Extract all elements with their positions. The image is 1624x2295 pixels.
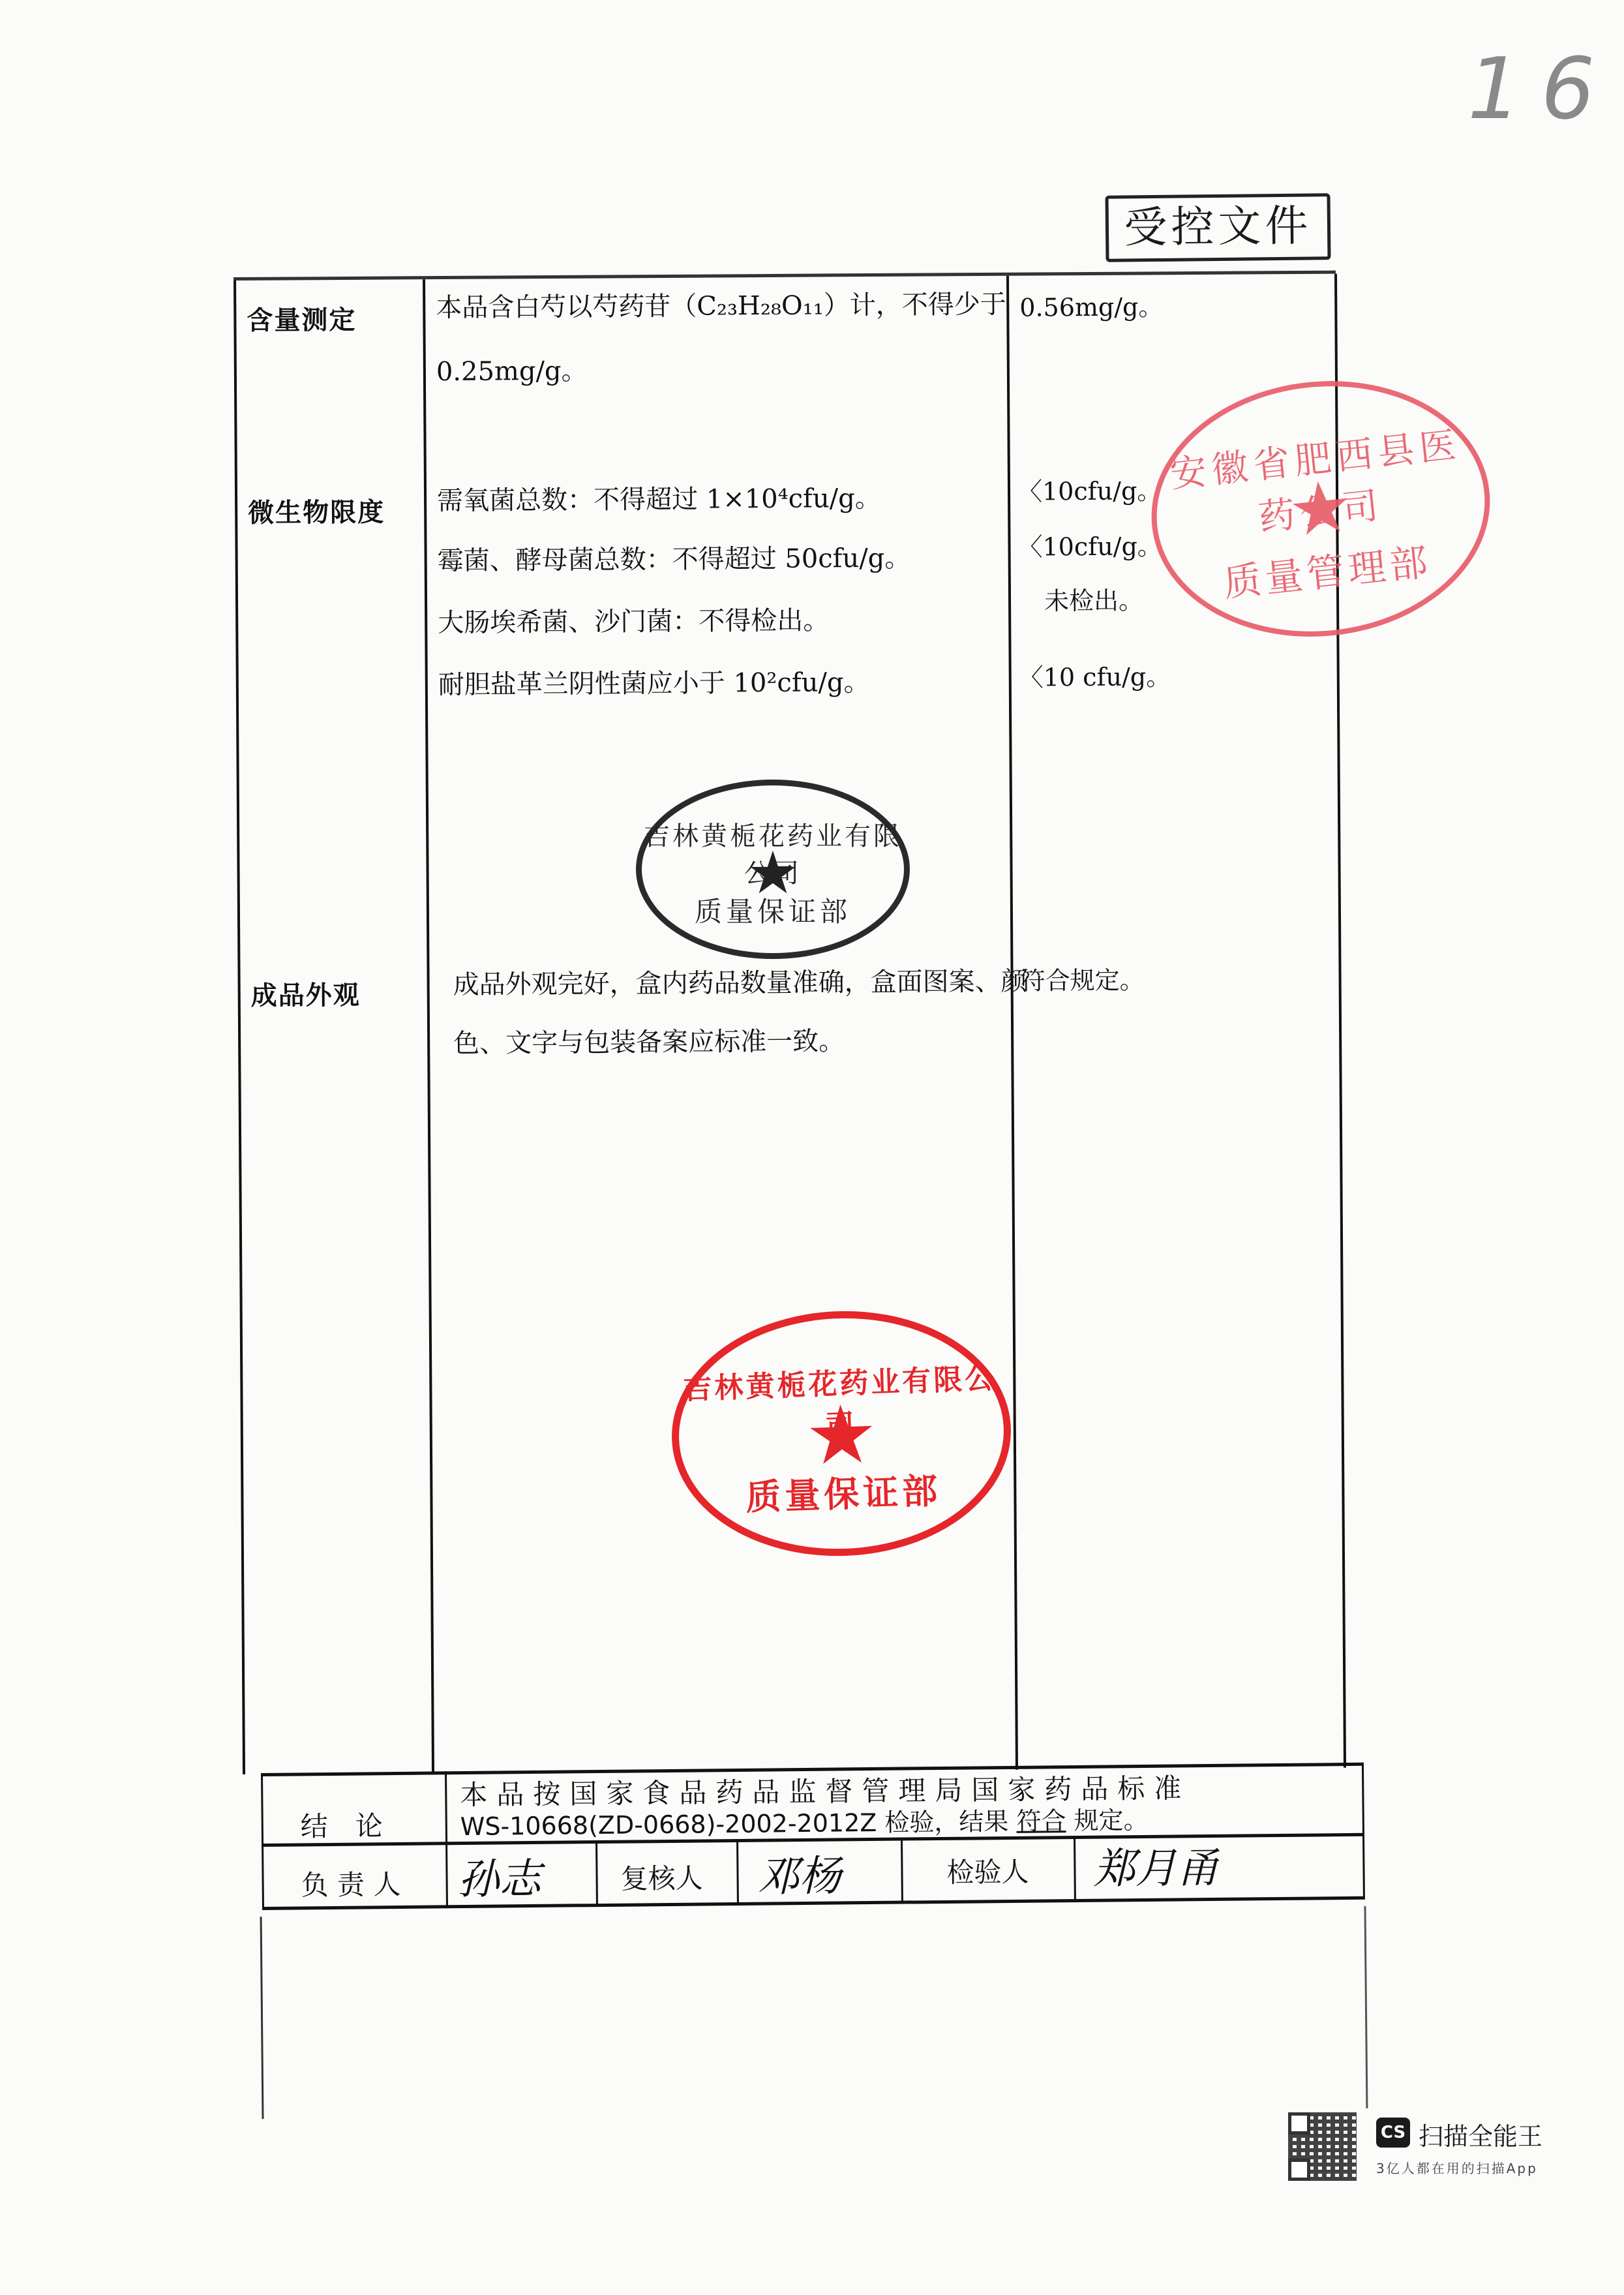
column-divider [1074, 1836, 1076, 1901]
seal-department: 质量保证部 [680, 1461, 1006, 1522]
standard-reference: WS-10668(ZD-0668)-2002-2012Z 检验，结果 [460, 1807, 1017, 1841]
microbial-result-aerobic: 〈10cfu/g。 [1017, 470, 1162, 507]
assay-result: 0.56mg/g。 [1019, 286, 1163, 323]
responsible-person-signature: 孙志 [457, 1846, 541, 1906]
table-border-right [1362, 1763, 1365, 1900]
microbial-requirement-ecoli-salmonella: 大肠埃希菌、沙门菌：不得检出。 [438, 606, 829, 637]
row-label-microbial-limit: 微生物限度 [248, 492, 385, 530]
blank-lower-area [260, 1906, 1368, 2119]
row-label-appearance: 成品外观 [251, 975, 361, 1012]
inspector-label: 检验人 [946, 1851, 1029, 1891]
controlled-document-stamp: 受控文件 [1105, 193, 1331, 262]
column-divider-result [1006, 276, 1018, 1770]
assay-requirement-line-1: 本品含白芍以芍药苷（C₂₃H₂₈O₁₁）计，不得少于 [436, 290, 1006, 322]
assay-requirement-line-2: 0.25mg/g。 [436, 357, 588, 386]
microbial-requirement-mold-yeast: 霉菌、酵母菌总数：不得超过 50cfu/g。 [438, 544, 911, 575]
qr-code-icon [1288, 2112, 1357, 2181]
appearance-requirement-line-2: 色、文字与包装备案应标准一致。 [453, 1027, 845, 1058]
microbial-result-ecoli-salmonella: 未检出。 [1044, 580, 1143, 616]
column-divider [445, 1771, 448, 1908]
appearance-requirement-line-1: 成品外观完好，盒内药品数量准确，盒面图案、颜 [453, 967, 1027, 999]
conclusion-suffix: 规定。 [1066, 1806, 1149, 1835]
table-border-left [261, 1773, 264, 1910]
scanner-tagline: 3亿人都在用的扫描App [1376, 2158, 1538, 2177]
column-divider-label [423, 279, 434, 1773]
appearance-result: 符合规定。 [1020, 960, 1144, 996]
column-divider [595, 1840, 598, 1906]
camscanner-logo-icon: CS [1376, 2118, 1410, 2148]
conclusion-label: 结 论 [300, 1804, 383, 1844]
conclusion-result: 符合 [1016, 1806, 1066, 1836]
seal-department: 质量保证部 [642, 890, 904, 930]
column-divider [736, 1839, 739, 1904]
microbial-requirement-gram-negative: 耐胆盐革兰阴性菌应小于 10²cfu/g。 [438, 668, 870, 699]
inspector-signature: 郑月甬 [1093, 1834, 1219, 1896]
microbial-requirement-aerobic: 需氧菌总数：不得超过 1×10⁴cfu/g。 [437, 484, 881, 515]
table-border-left [233, 281, 245, 1774]
column-divider [901, 1838, 903, 1903]
handwritten-page-number: 16 [1467, 39, 1614, 138]
reviewer-label: 复核人 [620, 1857, 703, 1897]
reviewer-signature: 邓杨 [757, 1842, 841, 1903]
scanner-app-name: 扫描全能王 [1419, 2116, 1542, 2152]
conclusion-line-2: WS-10668(ZD-0668)-2002-2012Z 检验，结果 符合 规定… [460, 1800, 1149, 1842]
microbial-result-gram-negative: 〈10 cfu/g。 [1019, 656, 1171, 693]
scanner-watermark: CS 扫描全能王 3亿人都在用的扫描App [1288, 2112, 1562, 2184]
responsible-person-label: 负 责 人 [301, 1863, 400, 1903]
company-seal-black: 吉林黄栀花药业有限公司 ★ 质量保证部 [636, 780, 910, 959]
microbial-result-mold-yeast: 〈10cfu/g。 [1017, 526, 1162, 562]
row-label-assay: 含量测定 [247, 299, 356, 337]
conclusion-table: 结 论 本品按国家食品药品监督管理局国家药品标准 WS-10668(ZD-066… [261, 1763, 1364, 1910]
